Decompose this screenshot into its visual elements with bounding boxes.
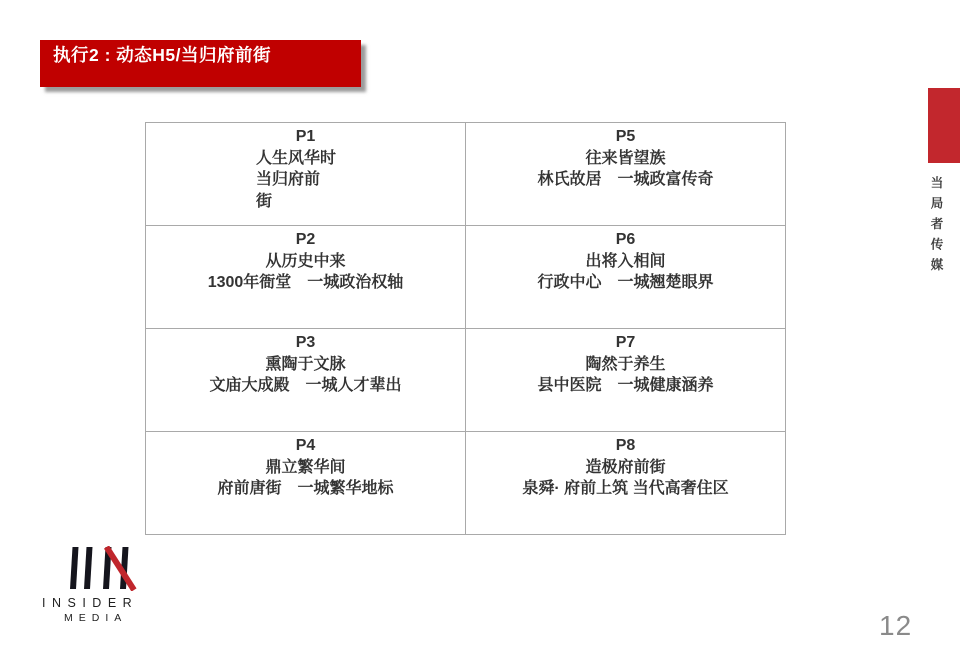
cell-page-label: P6 bbox=[467, 229, 784, 251]
cell-line: 人生风华时 bbox=[256, 148, 464, 170]
accent-bar bbox=[928, 88, 960, 163]
slide-title: 执行2 : 动态H5/当归府前街 bbox=[53, 45, 361, 65]
table-cell-p8: P8 造极府前街 泉舜· 府前上筑 当代高奢住区 bbox=[466, 432, 786, 535]
cell-page-label: P3 bbox=[147, 332, 464, 354]
cell-line: 往来皆望族 bbox=[467, 148, 784, 170]
cell-text-block: 人生风华时 当归府前 街 bbox=[256, 148, 464, 213]
cell-line: 熏陶于文脉 bbox=[147, 354, 464, 376]
cell-page-label: P8 bbox=[467, 435, 784, 457]
cell-line: 文庙大成殿 一城人才辈出 bbox=[147, 375, 464, 397]
cell-page-label: P5 bbox=[467, 126, 784, 148]
cell-line: 府前唐街 一城繁华地标 bbox=[147, 478, 464, 500]
cell-line: 出将入相间 bbox=[467, 251, 784, 273]
table-row: P4 鼎立繁华间 府前唐街 一城繁华地标 P8 造极府前街 泉舜· 府前上筑 当… bbox=[146, 432, 786, 535]
table-row: P1 人生风华时 当归府前 街 P5 往来皆望族 林氏故居 一城政富传奇 bbox=[146, 123, 786, 226]
cell-page-label: P1 bbox=[147, 126, 464, 148]
table-cell-p3: P3 熏陶于文脉 文庙大成殿 一城人才辈出 bbox=[146, 329, 466, 432]
content-table: P1 人生风华时 当归府前 街 P5 往来皆望族 林氏故居 一城政富传奇 P2 … bbox=[145, 122, 786, 535]
insider-media-logo: INSIDER MEDIA bbox=[42, 546, 142, 624]
cell-page-label: P7 bbox=[467, 332, 784, 354]
table-cell-p7: P7 陶然于养生 县中医院 一城健康涵养 bbox=[466, 329, 786, 432]
table-cell-p5: P5 往来皆望族 林氏故居 一城政富传奇 bbox=[466, 123, 786, 226]
table-row: P3 熏陶于文脉 文庙大成殿 一城人才辈出 P7 陶然于养生 县中医院 一城健康… bbox=[146, 329, 786, 432]
table-cell-p4: P4 鼎立繁华间 府前唐街 一城繁华地标 bbox=[146, 432, 466, 535]
cell-line: 从历史中来 bbox=[147, 251, 464, 273]
vertical-brand-text: 当局者传媒 bbox=[927, 176, 945, 286]
cell-line: 县中医院 一城健康涵养 bbox=[467, 375, 784, 397]
cell-line: 行政中心 一城翘楚眼界 bbox=[467, 272, 784, 294]
cell-line: 造极府前街 bbox=[467, 457, 784, 479]
table-cell-p2: P2 从历史中来 1300年衙堂 一城政治权轴 bbox=[146, 226, 466, 329]
title-banner: 执行2 : 动态H5/当归府前街 bbox=[40, 40, 361, 87]
cell-page-label: P2 bbox=[147, 229, 464, 251]
cell-line: 1300年衙堂 一城政治权轴 bbox=[147, 272, 464, 294]
cell-line: 陶然于养生 bbox=[467, 354, 784, 376]
cell-line: 泉舜· 府前上筑 当代高奢住区 bbox=[467, 478, 784, 500]
slide: 执行2 : 动态H5/当归府前街 P1 人生风华时 当归府前 街 P5 往来皆望… bbox=[0, 0, 960, 665]
logo-name-secondary: MEDIA bbox=[64, 612, 142, 624]
cell-line: 当归府前 bbox=[256, 169, 464, 191]
cell-line: 鼎立繁华间 bbox=[147, 457, 464, 479]
cell-line: 林氏故居 一城政富传奇 bbox=[467, 169, 784, 191]
table-cell-p6: P6 出将入相间 行政中心 一城翘楚眼界 bbox=[466, 226, 786, 329]
table-row: P2 从历史中来 1300年衙堂 一城政治权轴 P6 出将入相间 行政中心 一城… bbox=[146, 226, 786, 329]
logo-name-primary: INSIDER bbox=[42, 596, 142, 610]
page-number: 12 bbox=[879, 610, 912, 642]
cell-line: 街 bbox=[256, 191, 464, 213]
table-cell-p1: P1 人生风华时 当归府前 街 bbox=[146, 123, 466, 226]
cell-page-label: P4 bbox=[147, 435, 464, 457]
logo-mark-icon bbox=[67, 546, 137, 591]
